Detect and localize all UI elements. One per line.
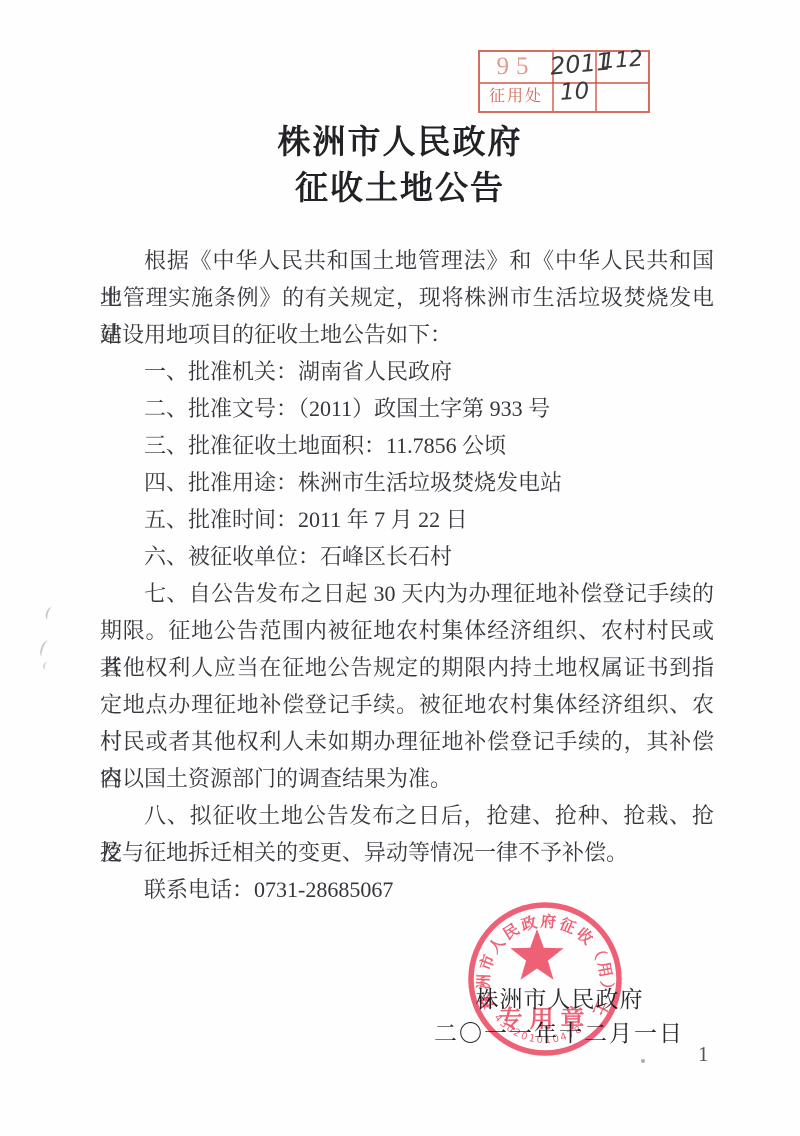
margin-smudge [44,606,55,621]
paragraph-line: 其他权利人应当在征地公告规定的期限内持土地权属证书到指 [100,649,714,686]
scan-speck [641,1059,645,1063]
paragraph-line: 建设用地项目的征收土地公告如下： [100,316,714,353]
list-item: 二、批准文号：（2011）政国土字第 933 号 [100,390,714,427]
handwritten-number: 112 [600,47,644,75]
list-item: 一、批准机关：湖南省人民政府 [100,353,714,390]
announcement-body: 根据《中华人民共和国土地管理法》和《中华人民共和国土 地管理实施条例》的有关规定… [100,242,714,908]
paragraph-line: 及与征地拆迁相关的变更、异动等情况一律不予补偿。 [100,834,714,871]
paragraph-line: 地管理实施条例》的有关规定，现将株洲市生活垃圾焚烧发电站 [100,279,714,316]
handwritten-number: 10 [559,78,590,105]
stamp-number: 95 [480,52,552,82]
margin-smudge [42,661,51,670]
registry-stamp: 95 征用处 2011 112 10 [478,50,650,113]
list-item: 三、批准征收土地面积：11.7856 公顷 [100,427,714,464]
document-title-line2: 征收土地公告 [0,162,800,209]
paragraph-line: 容以国土资源部门的调查结果为准。 [100,760,714,797]
list-item: 五、批准时间：2011 年 7 月 22 日 [100,501,714,538]
paragraph-line: 村民或者其他权利人未如期办理征地补偿登记手续的，其补偿内 [100,723,714,760]
document-title-line1: 株洲市人民政府 [0,116,800,163]
margin-smudge [38,639,51,658]
paragraph-line: 期限。征地公告范围内被征地农村集体经济组织、农村村民或者 [100,612,714,649]
paragraph-line: 七、自公告发布之日起 30 天内为办理征地补偿登记手续的 [100,575,714,612]
list-item: 六、被征收单位：石峰区长石村 [100,538,714,575]
list-item: 四、批准用途：株洲市生活垃圾焚烧发电站 [100,464,714,501]
official-seal: 株洲市人民政府征收（用）土地公告 专用章 430201010478 [460,894,630,1064]
page-number: 1 [698,1042,709,1067]
paragraph-line: 根据《中华人民共和国土地管理法》和《中华人民共和国土 [100,242,714,279]
paragraph-line: 八、拟征收土地公告发布之日后，抢建、抢种、抢栽、抢挖 [100,797,714,834]
paragraph-line: 定地点办理征地补偿登记手续。被征地农村集体经济组织、农村 [100,686,714,723]
document-page: 95 征用处 2011 112 10 株洲市人民政府 征收土地公告 根据《中华人… [0,0,800,1136]
stamp-office-label: 征用处 [480,84,552,111]
